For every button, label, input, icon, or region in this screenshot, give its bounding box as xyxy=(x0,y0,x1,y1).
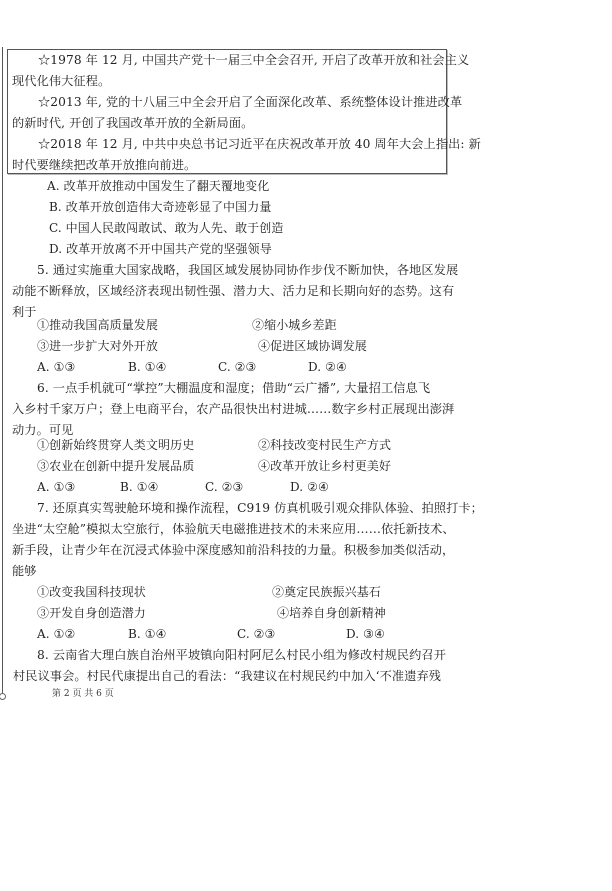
context-line: ☆1978 年 12 月, 中国共产党十一届三中全会召开, 开启了改革开放和社会… xyxy=(38,52,469,68)
q5-stem-line: 利于 xyxy=(12,304,37,320)
q6-item-3: ③农业在创新中提升发展品质 xyxy=(37,458,194,474)
q8-stem-line: 村民议事会。村民代康提出自己的看法：“我建议在村规民约中加入‘不准遗弃残 xyxy=(13,668,441,684)
q5-choice-b: B. ①④ xyxy=(128,359,166,375)
q6-choice-c: C. ②③ xyxy=(205,479,243,495)
q6-choice-a: A. ①③ xyxy=(37,479,75,495)
q8-stem-line: 8. 云南省大理白族自治州平坡镇向阳村阿尼么村民小组为修改村规民约召开 xyxy=(37,647,446,663)
q4-option-a: A. 改革开放推动中国发生了翻天覆地变化 xyxy=(47,178,269,194)
context-line: 现代化伟大征程。 xyxy=(12,73,110,89)
q7-item-4: ④培养自身创新精神 xyxy=(277,605,386,621)
q6-choice-b: B. ①④ xyxy=(120,479,158,495)
q7-choice-b: B. ①④ xyxy=(128,626,166,642)
q5-choice-c: C. ②③ xyxy=(218,359,256,375)
q5-item-3: ③进一步扩大对外开放 xyxy=(37,338,158,354)
q7-item-1: ①改变我国科技现状 xyxy=(37,584,146,600)
q6-choice-d: D. ②④ xyxy=(290,479,329,495)
q7-choice-d: D. ③④ xyxy=(346,626,385,642)
q6-stem-line: 入乡村千家万户；登上电商平台，农产品很快出村进城……数字乡村正展现出澎湃 xyxy=(12,401,454,417)
q7-stem-line: 7. 还原真实驾驶舱环境和操作流程，C919 仿真机吸引观众排队体验、拍照打卡； xyxy=(37,500,483,516)
context-line: ☆2018 年 12 月, 中共中央总书记习近平在庆祝改革开放 40 周年大会上… xyxy=(38,136,481,152)
q7-item-2: ②奠定民族振兴基石 xyxy=(272,584,381,600)
q7-item-3: ③开发自身创造潜力 xyxy=(37,605,146,621)
q6-stem-line: 动力。可见 xyxy=(12,422,73,438)
q7-stem-line: 能够 xyxy=(12,563,37,579)
binding-margin-line xyxy=(2,47,3,695)
q7-stem-line: 坐进“太空舱”模拟太空旅行，体验航天电磁推进技术的未来应用……依托新技术、 xyxy=(12,521,455,537)
q5-item-4: ④促进区域协调发展 xyxy=(258,338,367,354)
q5-stem-line: 5. 通过实施重大国家战略，我国区域发展协同协作步伐不断加快，各地区发展 xyxy=(37,262,458,278)
binding-hole-icon xyxy=(0,693,6,700)
q7-choice-a: A. ①② xyxy=(37,626,75,642)
q6-stem-line: 6. 一点手机就可“掌控”大棚温度和湿度；借助“云广播”, 大量招工信息飞 xyxy=(37,380,430,396)
q6-item-1: ①创新始终贯穿人类文明历史 xyxy=(37,437,194,453)
q5-stem-line: 动能不断释放，区域经济表现出韧性强、潜力大、活力足和长期向好的态势。这有 xyxy=(12,283,454,299)
q4-option-c: C. 中国人民敢闯敢试、敢为人先、敢于创造 xyxy=(49,220,283,236)
context-line: 的新时代, 开创了我国改革开放的全新局面。 xyxy=(12,115,253,131)
q5-item-1: ①推动我国高质量发展 xyxy=(37,317,158,333)
q5-choice-a: A. ①③ xyxy=(37,359,75,375)
q4-option-d: D. 改革开放离不开中国共产党的坚强领导 xyxy=(49,241,272,257)
q6-item-4: ④改革开放让乡村更美好 xyxy=(258,458,391,474)
q7-choice-c: C. ②③ xyxy=(237,626,275,642)
q5-choice-d: D. ②④ xyxy=(308,359,347,375)
q7-stem-line: 新手段，让青少年在沉浸式体验中深度感知前沿科技的力量。积极参加类似活动， xyxy=(12,542,454,558)
page-number-footer: 第 2 页 共 6 页 xyxy=(52,686,114,699)
context-line: 时代要继续把改革开放推向前进。 xyxy=(12,157,196,173)
q6-item-2: ②科技改变村民生产方式 xyxy=(258,437,391,453)
q4-option-b: B. 改革开放创造伟大奇迹彰显了中国力量 xyxy=(49,199,271,215)
context-line: ☆2013 年, 党的十八届三中全会开启了全面深化改革、系统整体设计推进改革 xyxy=(38,94,462,110)
q5-item-2: ②缩小城乡差距 xyxy=(252,317,337,333)
